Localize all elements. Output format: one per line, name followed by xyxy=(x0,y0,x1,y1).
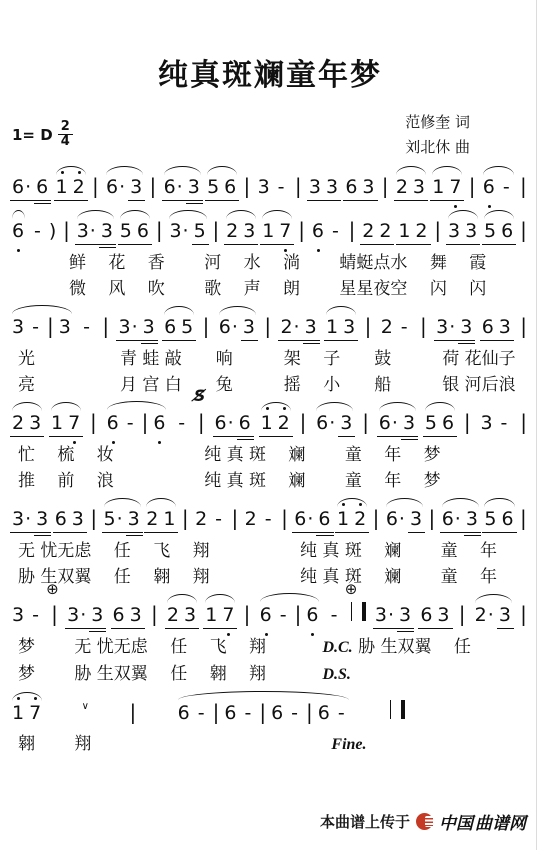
barline: | xyxy=(154,218,166,243)
note-group: - xyxy=(326,603,344,628)
note-token: 6 xyxy=(418,603,435,629)
note-group: 6·6 xyxy=(213,411,254,440)
note-token: 2· xyxy=(278,315,302,341)
music-row: 2317|6-|6-|S̸6·612|6·3|6·356|3-| xyxy=(8,410,532,440)
slur-group: 6-|6 xyxy=(258,602,322,628)
note-group: | xyxy=(518,506,530,531)
note-group: | xyxy=(90,174,102,199)
note-group: | xyxy=(201,314,213,339)
note-token: 6 xyxy=(135,219,152,245)
note-token: 3 xyxy=(10,603,27,628)
slur-group: 6·3 xyxy=(384,507,425,533)
note-group: | xyxy=(88,506,100,531)
lyric-segment: 翱 翔 xyxy=(18,734,91,754)
note-group: | xyxy=(347,218,359,243)
meter-numerator: 2 xyxy=(58,120,73,135)
sheet-music-page: 纯真斑斓童年梦 1= D 2 4 范修奎 词 刘北休 曲 6·612|6·3|6… xyxy=(0,0,540,850)
note-token: - xyxy=(286,701,304,726)
note-token: 2 xyxy=(360,219,377,245)
note-group: 3·3 xyxy=(434,315,475,344)
note-group: | xyxy=(298,410,310,435)
note-group: 3·3 xyxy=(10,507,51,536)
barline: | xyxy=(418,314,430,339)
note-token: 2 xyxy=(71,175,88,201)
note-group: 2- xyxy=(243,507,278,532)
note-token: 3 xyxy=(128,603,145,629)
note-token: 2 xyxy=(394,175,411,201)
lyric-row: 光 青 蛙 敲 响 架 子 鼓 荷 花仙子 xyxy=(8,348,532,370)
music-system: 6-)|3·356|3·5|2317|6-|2212|3356| 鲜 花 香 河… xyxy=(8,218,532,300)
note-token: 3 xyxy=(89,603,106,632)
barline: | xyxy=(518,218,530,243)
lyric-row: 无 忧无虑 任 飞 翔 纯 真 斑 斓 童 年 xyxy=(8,540,532,562)
lyric-row: 梦 无 忧无虑 任 飞 翔 D.C. 胁 生双翼 任 xyxy=(8,636,532,659)
note-group: 63 xyxy=(343,175,377,201)
note-token: 3 xyxy=(241,219,258,245)
slur-group: 17 xyxy=(49,411,83,437)
note-token: 6 xyxy=(34,175,51,204)
slur-group: 12 xyxy=(259,411,293,437)
note-group: |S̸ xyxy=(196,410,208,435)
lyric-row: 亮 月 宫 白 兔 摇 小 船 银 河后浪 xyxy=(8,374,532,396)
slur-group: 21 xyxy=(144,507,178,533)
slur-group: 56 xyxy=(482,507,516,533)
note-token: 6 xyxy=(105,411,122,436)
note-token: 1 xyxy=(54,175,71,201)
note-token: - xyxy=(27,603,45,628)
barline: | xyxy=(61,218,73,243)
barline: | xyxy=(427,506,439,531)
lyric-segment: D.S. xyxy=(322,666,350,683)
note-group: | xyxy=(427,506,439,531)
note-token: 1 xyxy=(203,603,220,629)
note-token: 6 xyxy=(304,603,321,628)
note-token: 5 xyxy=(205,175,222,201)
meter-denominator: 4 xyxy=(61,134,70,149)
music-system: 3·363|5·321|2-|2-|6·612|6·3|6·356|无 忧无虑 … xyxy=(8,506,532,588)
note-token: - xyxy=(326,603,344,628)
barline: | xyxy=(518,314,530,339)
note-token: 6 xyxy=(151,411,168,436)
note-token: 6 xyxy=(269,701,286,726)
slur-group: 6·3 xyxy=(217,315,258,341)
note-token: 3 xyxy=(458,315,475,344)
note-group: | xyxy=(462,410,474,435)
music-row: 17∨|6-|6-|6-|6- xyxy=(8,700,410,729)
note-group: | xyxy=(154,218,166,243)
upload-note: 本曲谱上传于 xyxy=(320,811,410,832)
slur-group: 23 xyxy=(224,219,258,245)
barline: | xyxy=(457,602,469,627)
note-token: 3 xyxy=(408,507,425,533)
note-token: 3 xyxy=(128,175,145,201)
slur-group: 23 xyxy=(165,603,199,629)
note-group: | xyxy=(262,314,274,339)
note-token: 7 xyxy=(27,701,44,726)
barline: | xyxy=(298,410,310,435)
scan-edge-line xyxy=(536,0,537,850)
barline: | xyxy=(432,218,444,243)
note-group: | xyxy=(518,218,530,243)
note-group: 3- xyxy=(478,411,513,436)
note-token: 3 xyxy=(446,219,463,245)
barline: | xyxy=(371,506,383,531)
barline: | xyxy=(148,174,160,199)
note-group: |⊕ xyxy=(49,602,61,627)
note-token: - xyxy=(193,701,211,726)
note-token: 5 xyxy=(423,411,440,437)
note-token: - xyxy=(29,219,47,244)
barline: | xyxy=(296,218,308,243)
slur-group: 23 xyxy=(394,175,428,201)
note-group: 2- xyxy=(193,507,228,532)
slur-group: 17 xyxy=(10,701,44,726)
barline: | xyxy=(518,602,530,627)
note-token: - xyxy=(260,507,278,532)
music-system: 3-|3-|3·365|6·3|2·313|2-|3·363|光 青 蛙 敲 响… xyxy=(8,314,532,396)
barline: | xyxy=(88,506,100,531)
note-token: 1 xyxy=(396,219,413,245)
note-token: 3 xyxy=(182,603,199,629)
lyric-row: 忙 梳 妆 纯 真 斑 斓 童 年 梦 xyxy=(8,444,532,466)
note-group: 6·6 xyxy=(292,507,333,536)
note-group: 2·3 xyxy=(278,315,319,344)
note-token: 3 xyxy=(435,603,452,629)
note-group: -) xyxy=(29,219,59,244)
barline: | xyxy=(127,700,139,725)
lyric-row: 翱 翔Fine. xyxy=(8,733,532,756)
note-token: 6 xyxy=(440,411,457,437)
music-row: 3·363|5·321|2-|2-|6·612|6·3|6·356| xyxy=(8,506,532,536)
note-token: 6 xyxy=(162,315,179,341)
footer: 本曲谱上传于 中国 曲谱网 xyxy=(320,809,526,834)
composer-credit: 刘北休 曲 xyxy=(405,135,470,160)
note-group: | xyxy=(457,602,469,627)
note-token: 3 xyxy=(463,219,480,245)
note-token: 3· xyxy=(167,219,191,244)
lyric-row: 微 风 吹 歌 声 朗 星星夜空 闪 闪 xyxy=(8,278,532,300)
segno-icon: S̸ xyxy=(194,383,207,408)
music-system: 2317|6-|6-|S̸6·612|6·3|6·356|3-|忙 梳 妆 纯 … xyxy=(8,410,532,492)
note-token: 6 xyxy=(316,701,333,726)
barline: | xyxy=(293,602,305,627)
note-token: 6· xyxy=(292,507,316,533)
song-title: 纯真斑斓童年梦 xyxy=(0,50,540,94)
note-token: 1 xyxy=(10,701,27,726)
note-token: 2 xyxy=(379,315,396,340)
note-token: 6 xyxy=(222,175,239,201)
lyric-row: 推 前 浪 纯 真 斑 斓 童 年 梦 xyxy=(8,470,532,492)
note-token: 3 xyxy=(70,507,87,533)
music-row: 6-)|3·356|3·5|2317|6-|2212|3356| xyxy=(8,218,532,248)
lyric-row: 鲜 花 香 河 水 淌 蜻蜓点水 舞 霞 xyxy=(8,252,532,274)
note-token: 3 xyxy=(57,315,74,340)
final-barline xyxy=(390,700,405,719)
note-token: 3 xyxy=(10,315,27,340)
note-token: 2 xyxy=(193,507,210,532)
barline: | xyxy=(518,506,530,531)
note-group: | xyxy=(180,506,192,531)
slur-group: 6·3 xyxy=(314,411,355,437)
key-signature: 1= D 2 4 xyxy=(12,120,73,150)
note-token: 3 xyxy=(34,507,51,536)
note-token: 6· xyxy=(440,507,464,533)
barline: | xyxy=(229,506,241,531)
note-token: 6 xyxy=(499,507,516,533)
barline: | xyxy=(293,174,305,199)
lyric-row: 胁 生双翼 任 翱 翔 纯 真 斑 斓 童 年 xyxy=(8,566,532,588)
barline: | xyxy=(262,314,274,339)
note-token: 3 xyxy=(126,507,143,536)
barline: | xyxy=(49,602,61,627)
barline: | xyxy=(467,174,479,199)
lyric-segment: 光 青 蛙 敲 响 架 子 鼓 荷 花仙子 xyxy=(18,349,516,369)
note-token: 6 xyxy=(343,175,360,201)
site-name-red: 曲谱网 xyxy=(475,809,526,834)
barline: | xyxy=(257,700,269,725)
slur-group: 17 xyxy=(203,603,237,629)
note-group: - xyxy=(78,315,96,340)
barline: | xyxy=(380,174,392,199)
note-group: | xyxy=(148,174,160,199)
note-group: 63 xyxy=(480,315,514,341)
note-token: 6 xyxy=(499,219,516,245)
music-system: 17∨|6-|6-|6-|6-翱 翔Fine. xyxy=(8,700,532,756)
slur-group: 6-|6 xyxy=(105,410,169,436)
note-group: - xyxy=(173,411,191,436)
note-token: 3 xyxy=(360,175,377,201)
lyric-segment: 胁 生双翼 任 xyxy=(353,637,471,657)
barline: | xyxy=(363,314,375,339)
note-token: 3 xyxy=(411,175,428,201)
barline: | xyxy=(518,174,530,199)
note-group: | xyxy=(127,700,139,725)
note-group: ∨ xyxy=(81,704,91,729)
slur-group: 33 xyxy=(446,219,480,245)
note-token: 3 xyxy=(397,603,414,632)
note-group: | xyxy=(293,174,305,199)
barline: | xyxy=(45,314,57,339)
lyric-segment: 梦 无 忧无虑 任 飞 翔 xyxy=(18,637,322,657)
slur-group: 6·3 xyxy=(440,507,481,536)
note-group: 63 xyxy=(418,603,452,629)
note-group: | xyxy=(61,218,73,243)
note-token: 1 xyxy=(430,175,447,201)
note-token: 3 xyxy=(256,175,273,200)
note-token: - xyxy=(27,315,45,340)
slur-group: 3·3 xyxy=(75,219,116,248)
lyric-segment: D.C. xyxy=(322,639,352,656)
note-token: - xyxy=(396,315,414,340)
note-group: 3- xyxy=(256,175,291,200)
slur-group: 6·3 xyxy=(104,175,145,201)
slur-group: 5·3 xyxy=(102,507,143,536)
note-token: - xyxy=(496,411,514,436)
slur-group: 3-|3 xyxy=(10,314,74,340)
note-token: 6· xyxy=(104,175,128,200)
note-token: 6 xyxy=(53,507,70,533)
note-token: 1 xyxy=(335,507,352,533)
note-group: | xyxy=(380,174,392,199)
note-group: 2- xyxy=(379,315,414,340)
note-token: 3· xyxy=(373,603,397,629)
note-group: | xyxy=(296,218,308,243)
note-token: - xyxy=(122,411,140,436)
slur-group: 17 xyxy=(430,175,464,201)
note-token: 2 xyxy=(352,507,369,533)
note-group: | xyxy=(518,602,530,627)
music-row: 3-|⊕3·363|2317|6-|6-⊕3·363|2·3| xyxy=(8,602,532,632)
slur-group: 56 xyxy=(205,175,239,201)
note-token: 6 xyxy=(481,175,498,200)
qupu-site-logo-icon xyxy=(416,813,433,830)
barline: | xyxy=(140,410,152,435)
note-token: 6· xyxy=(314,411,338,436)
note-token: 5 xyxy=(192,219,209,245)
note-group: 6·6 xyxy=(10,175,51,204)
note-group: | xyxy=(279,506,291,531)
note-group: | xyxy=(432,218,444,243)
note-token: 3 xyxy=(27,411,44,437)
lyric-segment: 梦 胁 生双翼 任 翱 翔 xyxy=(18,664,322,684)
note-group: | xyxy=(363,314,375,339)
credits: 范修奎 词 刘北休 曲 xyxy=(405,110,470,160)
note-group: | xyxy=(242,602,254,627)
slur-group: 13 xyxy=(324,315,358,341)
note-group: | xyxy=(242,174,254,199)
note-token: 6 xyxy=(258,603,275,628)
note-token: 6 xyxy=(310,219,327,244)
note-group: ⊕ xyxy=(348,602,369,621)
slur-group: 3·5 xyxy=(167,219,208,245)
note-token: 5· xyxy=(102,507,126,533)
note-group: 63 xyxy=(53,507,87,533)
music-system: 6·612|6·3|6·356|3-|3363|2317|6-| xyxy=(8,174,532,204)
note-token: 3 xyxy=(303,315,320,344)
lyric-segment: 无 忧无虑 任 飞 翔 纯 真 斑 斓 童 年 xyxy=(18,541,497,561)
note-group: | xyxy=(100,314,112,339)
note-token: 6 xyxy=(176,701,193,726)
lyric-segment: 胁 生双翼 任 翱 翔 纯 真 斑 斓 童 年 xyxy=(18,567,497,587)
note-group: | xyxy=(371,506,383,531)
note-token: 6 xyxy=(10,219,27,244)
barline: | xyxy=(304,700,316,725)
slur-group: 2·3 xyxy=(473,603,514,629)
barline: | xyxy=(242,174,254,199)
note-token: - xyxy=(275,603,293,628)
note-token: 2 xyxy=(165,603,182,629)
note-token: 5 xyxy=(482,219,499,245)
note-group: 6- xyxy=(310,219,345,244)
note-token: 6 xyxy=(111,603,128,629)
music-system: 3-|⊕3·363|2317|6-|6-⊕3·363|2·3|梦 无 忧无虑 任… xyxy=(8,602,532,686)
note-token: - xyxy=(333,701,351,726)
note-group: | xyxy=(229,506,241,531)
lyric-row: 梦 胁 生双翼 任 翱 翔 D.S. xyxy=(8,663,532,686)
meta-row: 1= D 2 4 范修奎 词 刘北休 曲 xyxy=(12,110,470,160)
slur-group: 12 xyxy=(54,175,88,201)
note-token: 1 xyxy=(161,507,178,533)
note-token: 6 xyxy=(237,411,254,440)
barline: | xyxy=(360,410,372,435)
barline: | xyxy=(279,506,291,531)
note-token: 7 xyxy=(220,603,237,629)
barline: | xyxy=(180,506,192,531)
slur-group: 6- xyxy=(481,175,516,200)
barline: | xyxy=(211,218,223,243)
note-token: 2· xyxy=(473,603,497,628)
note-token: - xyxy=(173,411,191,436)
note-token: - xyxy=(273,175,291,200)
note-token: - xyxy=(210,507,228,532)
slur-group: 6·3 xyxy=(162,175,203,204)
note-token: 2 xyxy=(243,507,260,532)
note-group: | xyxy=(88,410,100,435)
lyric-segment: 亮 月 宫 白 兔 摇 小 船 银 河后浪 xyxy=(18,375,516,395)
note-token: 5 xyxy=(482,507,499,533)
slur-group: 65 xyxy=(162,315,196,341)
note-group: 63 xyxy=(111,603,145,629)
note-token: 6· xyxy=(10,175,34,201)
note-token: 2 xyxy=(276,411,293,437)
note-token: 3 xyxy=(324,175,341,201)
barline: | xyxy=(211,700,223,725)
note-token: 6 xyxy=(222,701,239,726)
barline: | xyxy=(196,410,208,435)
note-group: | xyxy=(467,174,479,199)
final-barline xyxy=(351,602,366,621)
barline: | xyxy=(149,602,161,627)
note-token: 1 xyxy=(324,315,341,341)
music-row: 3-|3-|3·365|6·3|2·313|2-|3·363| xyxy=(8,314,532,344)
note-group: 3·3 xyxy=(65,603,106,632)
note-token: 3 xyxy=(141,315,158,344)
barline: | xyxy=(462,410,474,435)
note-token: 3· xyxy=(116,315,140,341)
note-token: 2 xyxy=(413,219,430,245)
note-token: 6· xyxy=(217,315,241,340)
note-token: 7 xyxy=(447,175,464,201)
note-token: 6· xyxy=(213,411,237,437)
note-group: | xyxy=(360,410,372,435)
note-token: - xyxy=(239,701,257,726)
breath-mark-icon: ∨ xyxy=(81,694,91,719)
note-token: 3 xyxy=(186,175,203,204)
slur-group: 56 xyxy=(118,219,152,245)
note-token: 1 xyxy=(259,411,276,437)
key-tonic: 1= D xyxy=(12,126,53,144)
barline: | xyxy=(90,174,102,199)
note-token: 3· xyxy=(75,219,99,245)
lyric-segment: 忙 梳 妆 纯 真 斑 斓 童 年 梦 xyxy=(18,445,441,465)
note-group: | xyxy=(211,218,223,243)
barline: | xyxy=(518,410,530,435)
note-group: 3·3 xyxy=(373,603,414,632)
note-token: 3 xyxy=(338,411,355,437)
barline: | xyxy=(201,314,213,339)
note-group: 3·3 xyxy=(116,315,157,344)
note-group xyxy=(387,700,408,719)
barline: | xyxy=(100,314,112,339)
note-token: - xyxy=(327,219,345,244)
note-token: 6· xyxy=(377,411,401,437)
note-token: ) xyxy=(47,219,59,244)
note-token: 6 xyxy=(316,507,333,536)
note-group: | xyxy=(518,410,530,435)
slur-group: 23 xyxy=(10,411,44,437)
note-token: 3· xyxy=(10,507,34,533)
note-token: 3 xyxy=(99,219,116,248)
